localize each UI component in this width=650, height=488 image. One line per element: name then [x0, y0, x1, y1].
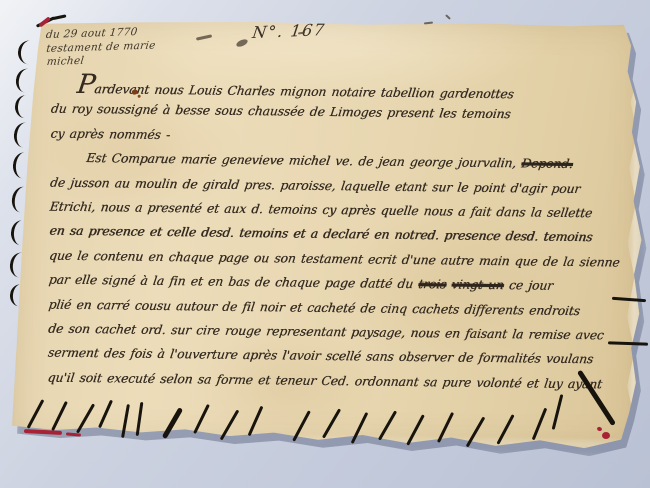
handwritten-text: plié en carré cousu autour de fil noir e… — [48, 297, 581, 317]
handwritten-text: de jusson au moulin de girald pres. paro… — [49, 175, 581, 195]
thread-stitch — [14, 95, 29, 119]
handwritten-text: ce jour — [503, 278, 554, 293]
thread-stitch — [12, 121, 28, 148]
red-thread-mark — [602, 432, 610, 439]
handwritten-text: du roy soussigné à besse sous chaussée d… — [50, 102, 512, 122]
manuscript-body: Pardevant nous Louis Charles mignon nota… — [46, 73, 630, 397]
thread-stitch — [9, 283, 23, 306]
ink-blot — [138, 95, 141, 98]
thread-stitch — [10, 185, 27, 213]
handwritten-text: serment des fois à l'ouverture après l'a… — [47, 346, 594, 367]
thread-stitch — [14, 67, 31, 93]
handwritten-text: Est Comparue marie genevieve michel ve. … — [85, 151, 522, 170]
handwritten-text: qu'il soit executé selon sa forme et ten… — [47, 370, 603, 391]
handwritten-text: Etrichi, nous a presenté et aux d. temoi… — [49, 200, 593, 221]
handwritten-text: par elle signé à la fin et en bas de cha… — [48, 273, 419, 291]
struck-text: trois — [417, 277, 447, 291]
document-number: N°. 167 — [251, 20, 327, 42]
thread-stitch — [10, 219, 25, 245]
handwritten-text: que le contenu en chaque page ou son tes… — [48, 248, 620, 269]
handwritten-text: cy après nommés - — [50, 126, 171, 141]
ink-blot — [132, 90, 138, 95]
thread-stitch — [52, 14, 66, 19]
thread-stitch — [12, 151, 28, 178]
archival-note: du 29 aout 1770 testament de marie miche… — [46, 26, 156, 70]
handwritten-text: en sa presence et celle desd. temoins et… — [49, 224, 594, 245]
thread-stitch — [17, 39, 33, 64]
struck-text: Depond. — [521, 157, 574, 172]
manuscript-paper: du 29 aout 1770 testament de marie miche… — [7, 12, 646, 452]
ink-smudge — [445, 14, 451, 20]
handwritten-text: de son cachet ord. sur cire rouge repres… — [47, 322, 604, 343]
photo: du 29 aout 1770 testament de marie miche… — [0, 0, 650, 488]
struck-text: vingt un — [451, 278, 505, 293]
